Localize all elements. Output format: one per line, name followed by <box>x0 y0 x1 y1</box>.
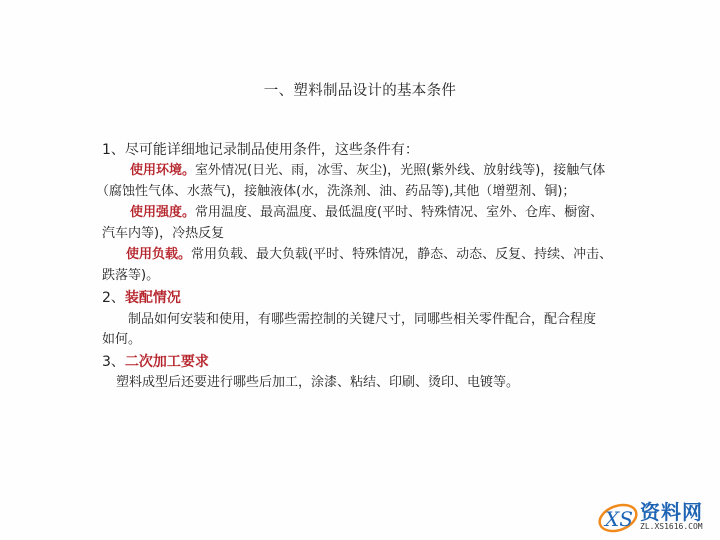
strength-text-1: 常用温度、最高温度、最低温度(平时、特殊情况、室外、仓库、橱窗、 <box>195 205 603 220</box>
section1-heading: 1、尽可能详细地记录制品使用条件，这些条件有： <box>102 139 419 161</box>
strength-paragraph: 使用强度。常用温度、最高温度、最低温度(平时、特殊情况、室外、仓库、橱窗、 <box>130 202 603 224</box>
load-text-1: 常用负载、最大负载(平时、特殊情况，静态、动态、反复、持续、冲击、 <box>191 247 612 262</box>
env-text-2: （腐蚀性气体、水蒸气)，接触液体(水，洗涤剂、油、药品等),其他（增塑剂、铜)； <box>96 181 575 203</box>
section3-title: 二次加工要求 <box>125 354 209 370</box>
page-title: 一、塑料制品设计的基本条件 <box>0 79 720 100</box>
load-text-2: 跌落等)。 <box>102 265 159 287</box>
watermark-logo: XS 资料网 ZL.XS1616.COM <box>596 496 716 536</box>
strength-label: 使用强度。 <box>130 205 195 220</box>
xs-logo-icon: XS <box>596 496 640 536</box>
strength-text-2: 汽车内等)，冷热反复 <box>102 223 224 245</box>
section3-text-1: 塑料成型后还要进行哪些后加工，涂漆、粘结、印刷、烫印、电镀等。 <box>116 372 519 394</box>
load-label: 使用负载。 <box>126 247 191 262</box>
section2-title: 装配情况 <box>125 290 181 306</box>
section2-number: 2、 <box>102 290 125 306</box>
load-paragraph: 使用负载。常用负载、最大负载(平时、特殊情况，静态、动态、反复、持续、冲击、 <box>126 244 612 266</box>
section2-text-1: 制品如何安装和使用，有哪些需控制的关键尺寸，同哪些相关零件配合，配合程度 <box>128 309 596 331</box>
env-paragraph: 使用环境。室外情况(日光、雨，冰雪、灰尘)，光照(紫外线、放射线等)，接触气体 <box>130 160 605 182</box>
watermark-url: ZL.XS1616.COM <box>640 522 703 531</box>
env-label: 使用环境。 <box>130 163 195 178</box>
svg-text:XS: XS <box>603 507 633 531</box>
section3-number: 3、 <box>102 354 125 370</box>
watermark-name: 资料网 <box>640 496 703 525</box>
section2-heading: 2、装配情况 <box>102 287 181 309</box>
section3-heading: 3、二次加工要求 <box>102 351 209 373</box>
env-text-1: 室外情况(日光、雨，冰雪、灰尘)，光照(紫外线、放射线等)，接触气体 <box>195 163 605 178</box>
section2-text-2: 如何。 <box>102 329 141 351</box>
